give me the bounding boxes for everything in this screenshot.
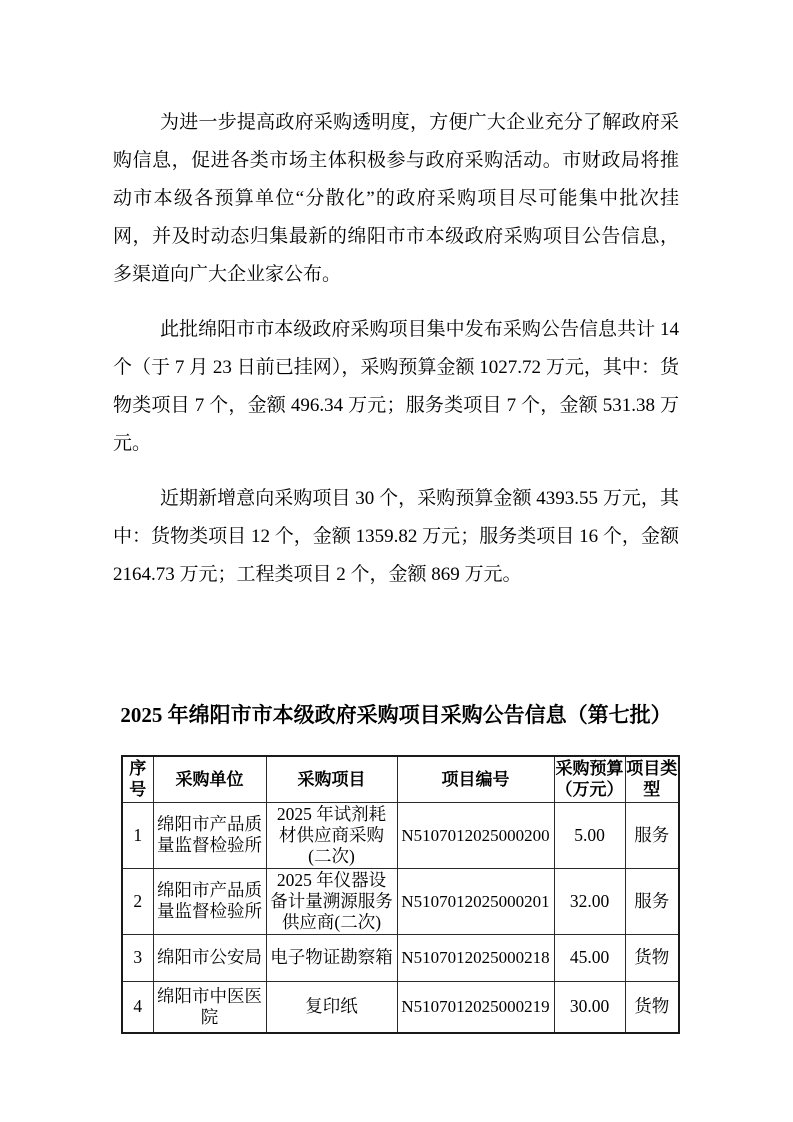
col-header-code: 项目编号 <box>397 756 554 802</box>
cell-project: 电子物证勘察箱 <box>266 934 397 981</box>
cell-category: 货物 <box>625 981 679 1033</box>
cell-unit: 绵阳市产品质量监督检验所 <box>153 868 266 934</box>
cell-project: 2025 年试剂耗材供应商采购(二次) <box>266 802 397 868</box>
cell-project-code: N5107012025000218 <box>397 934 554 981</box>
body-paragraph-new-intent: 近期新增意向采购项目 30 个，采购预算金额 4393.55 万元，其中：货物类… <box>113 480 679 594</box>
cell-category: 货物 <box>625 934 679 981</box>
cell-project: 复印纸 <box>266 981 397 1033</box>
cell-project: 2025 年仪器设备计量溯源服务供应商(二次) <box>266 868 397 934</box>
col-header-project: 采购项目 <box>266 756 397 802</box>
cell-project-code: N5107012025000201 <box>397 868 554 934</box>
cell-project-code: N5107012025000200 <box>397 802 554 868</box>
cell-category: 服务 <box>625 868 679 934</box>
cell-seq: 1 <box>122 802 153 868</box>
cell-unit: 绵阳市中医医院 <box>153 981 266 1033</box>
table-header-row: 序号 采购单位 采购项目 项目编号 采购预算（万元） 项目类型 <box>122 756 679 802</box>
col-header-category: 项目类型 <box>625 756 679 802</box>
col-header-unit: 采购单位 <box>153 756 266 802</box>
body-paragraph-current-batch: 此批绵阳市市本级政府采购项目集中发布采购公告信息共计 14 个（于 7 月 23… <box>113 311 679 463</box>
cell-unit: 绵阳市产品质量监督检验所 <box>153 802 266 868</box>
table-row: 3 绵阳市公安局 电子物证勘察箱 N5107012025000218 45.00… <box>122 934 679 981</box>
cell-budget: 30.00 <box>554 981 625 1033</box>
table-title: 2025 年绵阳市市本级政府采购项目采购公告信息（第七批） <box>113 700 679 730</box>
cell-seq: 4 <box>122 981 153 1033</box>
col-header-budget: 采购预算（万元） <box>554 756 625 802</box>
cell-budget: 32.00 <box>554 868 625 934</box>
table-row: 2 绵阳市产品质量监督检验所 2025 年仪器设备计量溯源服务供应商(二次) N… <box>122 868 679 934</box>
cell-budget: 5.00 <box>554 802 625 868</box>
col-header-seq: 序号 <box>122 756 153 802</box>
table-row: 1 绵阳市产品质量监督检验所 2025 年试剂耗材供应商采购(二次) N5107… <box>122 802 679 868</box>
cell-budget: 45.00 <box>554 934 625 981</box>
table-row: 4 绵阳市中医医院 复印纸 N5107012025000219 30.00 货物 <box>122 981 679 1033</box>
cell-project-code: N5107012025000219 <box>397 981 554 1033</box>
cell-seq: 2 <box>122 868 153 934</box>
body-paragraph-intro: 为进一步提高政府采购透明度，方便广大企业充分了解政府采购信息，促进各类市场主体积… <box>113 104 679 294</box>
cell-seq: 3 <box>122 934 153 981</box>
cell-unit: 绵阳市公安局 <box>153 934 266 981</box>
cell-category: 服务 <box>625 802 679 868</box>
procurement-table: 序号 采购单位 采购项目 项目编号 采购预算（万元） 项目类型 1 绵阳市产品质… <box>121 755 680 1034</box>
document-page: 为进一步提高政府采购透明度，方便广大企业充分了解政府采购信息，促进各类市场主体积… <box>0 0 793 1122</box>
